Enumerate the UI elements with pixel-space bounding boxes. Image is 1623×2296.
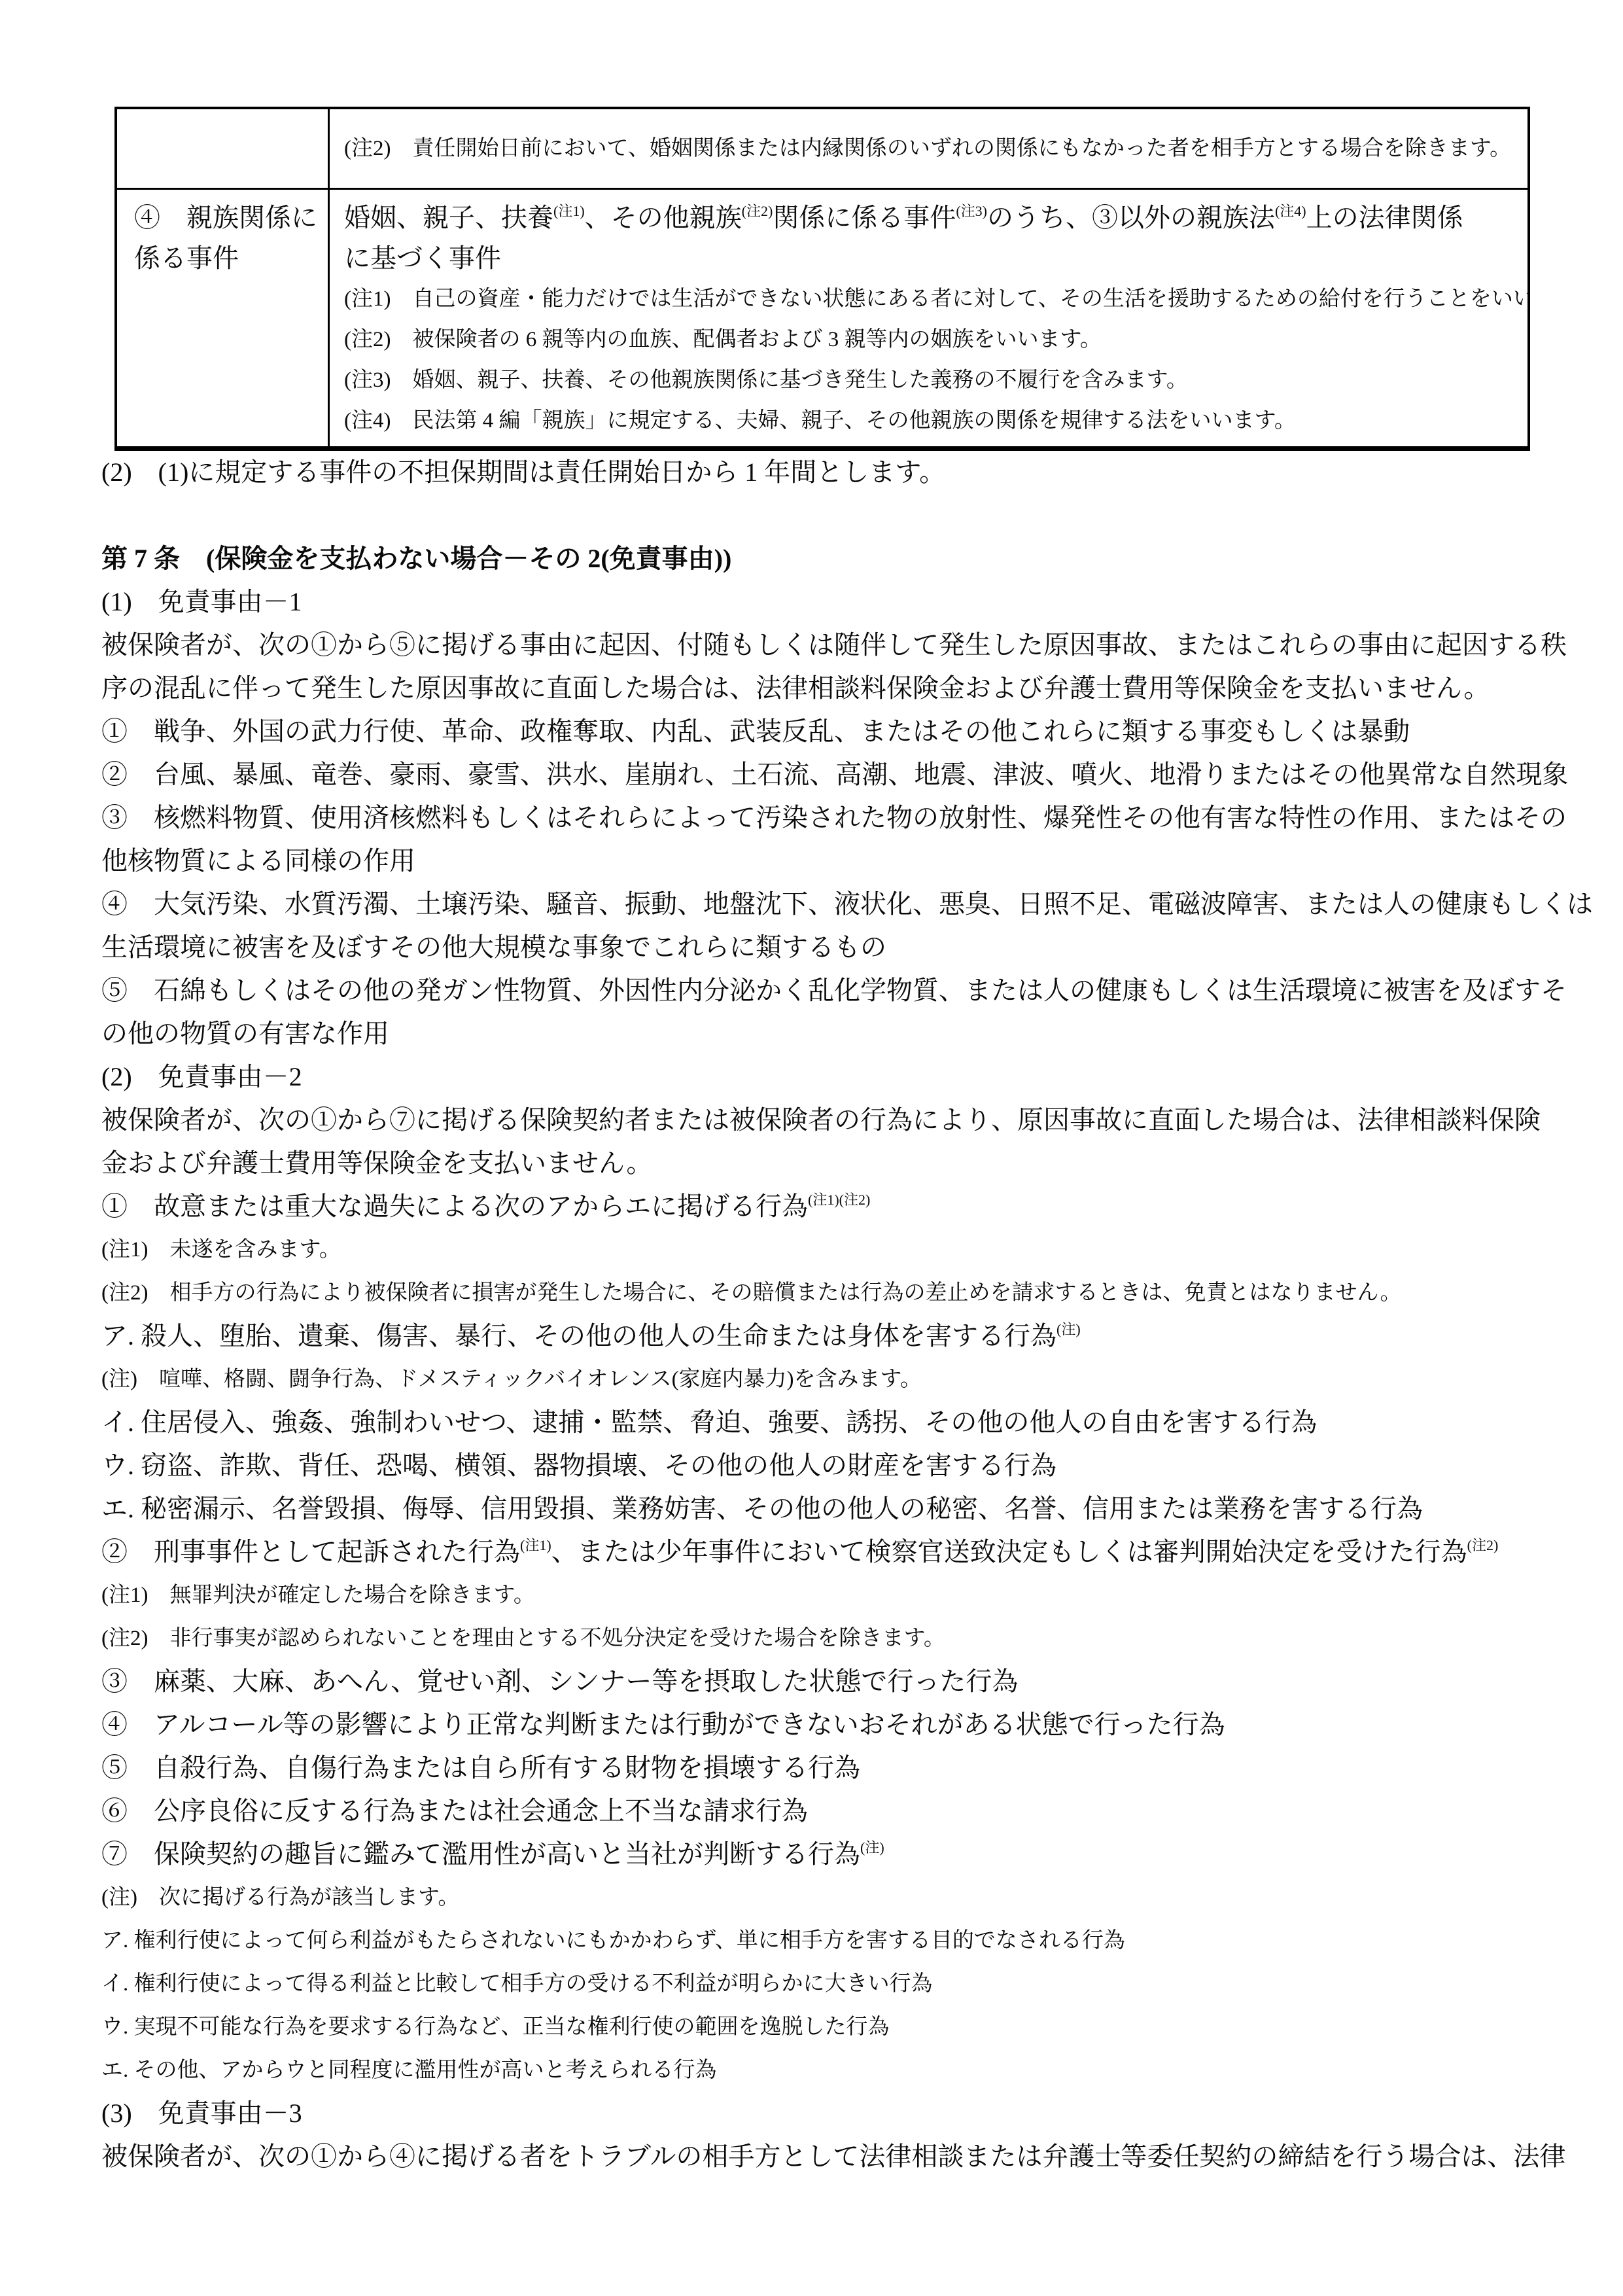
blank-line <box>101 494 1541 537</box>
article-7-text: (2) (1)に規定する事件の不担保期間は責任開始日から 1 年間とします。第 … <box>101 451 1541 2178</box>
text-segment: ① 戦争、外国の武力行使、革命、政権奪取、内乱、武装反乱、またはその他これらに類… <box>101 716 1410 746</box>
text-line: ⑥ 公序良俗に反する行為または社会通念上不当な請求行為 <box>101 1790 1541 1833</box>
note-reference-superscript: (注1) <box>520 1537 551 1553</box>
text-line: エ. その他、アからウと同程度に濫用性が高いと考えられる行為 <box>101 2049 1541 2092</box>
note-reference-superscript: (注3) <box>956 203 987 219</box>
text-segment: 、その他親族 <box>585 203 742 232</box>
text-line: (注4) 民法第 4 編「親族」に規定する、夫婦、親子、その他親族の関係を規律す… <box>344 400 1518 441</box>
text-segment: 婚姻、親子、扶養 <box>344 203 553 232</box>
text-segment: ⑥ 公序良俗に反する行為または社会通念上不当な請求行為 <box>101 1796 808 1826</box>
table-cell-event-category: ④ 親族関係に係る事件 <box>117 190 330 446</box>
text-segment: ⑤ 自殺行為、自傷行為または自ら所有する財物を損壊する行為 <box>101 1753 860 1782</box>
text-segment: 被保険者が、次の①から⑤に掲げる事由に起因、付随もしくは随伴して発生した原因事故… <box>101 630 1567 660</box>
note-reference-superscript: (注4) <box>1275 203 1306 219</box>
text-line: 婚姻、親子、扶養(注1)、その他親族(注2)関係に係る事件(注3)のうち、③以外… <box>344 198 1518 238</box>
text-line: ③ 麻薬、大麻、あへん、覚せい剤、シンナー等を摂取した状態で行った行為 <box>101 1660 1541 1703</box>
text-line: ウ. 実現不可能な行為を要求する行為など、正当な権利行使の範囲を逸脱した行為 <box>101 2005 1541 2049</box>
text-segment: 序の混乱に伴って発生した原因事故に直面した場合は、法律相談料保険金および弁護士費… <box>101 673 1490 703</box>
text-line: の他の物質の有害な作用 <box>101 1012 1541 1055</box>
text-line: ア. 権利行使によって何ら利益がもたらされないにもかかわらず、単に相手方を害する… <box>101 1919 1541 1962</box>
text-segment: (2) (1)に規定する事件の不担保期間は責任開始日から 1 年間とします。 <box>101 457 945 487</box>
text-segment: (3) 免責事由－3 <box>101 2098 302 2128</box>
text-line: 被保険者が、次の①から⑤に掲げる事由に起因、付随もしくは随伴して発生した原因事故… <box>101 624 1541 667</box>
text-segment: 生活環境に被害を及ぼすその他大規模な事象でこれらに類するもの <box>101 932 886 962</box>
text-segment: 被保険者が、次の①から⑦に掲げる保険契約者または被保険者の行為により、原因事故に… <box>101 1105 1541 1135</box>
text-line: ⑦ 保険契約の趣旨に鑑みて濫用性が高いと当社が判断する行為(注) <box>101 1833 1541 1876</box>
text-line: ② 台風、暴風、竜巻、豪雨、豪雪、洪水、崖崩れ、土石流、高潮、地震、津波、噴火、… <box>101 753 1541 796</box>
text-segment: (注2) 非行事実が認められないことを理由とする不処分決定を受けた場合を除きます… <box>101 1627 945 1650</box>
text-segment: (注1) 未遂を含みます。 <box>101 1238 341 1262</box>
text-line: (注1) 無罪判決が確定した場合を除きます。 <box>101 1574 1541 1617</box>
text-segment: ② 刑事事件として起訴された行為 <box>101 1537 520 1566</box>
text-segment: イ. 権利行使によって得る利益と比較して相手方の受ける不利益が明らかに大きい行為 <box>101 1972 933 1996</box>
note-reference-superscript: (注1) <box>553 203 585 219</box>
text-segment: ウ. 実現不可能な行為を要求する行為など、正当な権利行使の範囲を逸脱した行為 <box>101 2015 890 2039</box>
note-reference-superscript: (注2) <box>742 203 773 219</box>
text-line: 被保険者が、次の①から⑦に掲げる保険契約者または被保険者の行為により、原因事故に… <box>101 1099 1541 1142</box>
text-segment: (注2) 被保険者の 6 親等内の血族、配偶者および 3 親等内の姻族をいいます… <box>344 328 1102 351</box>
text-segment: 関係に係る事件 <box>773 203 956 232</box>
text-line: 被保険者が、次の①から④に掲げる者をトラブルの相手方として法律相談または弁護士等… <box>101 2135 1541 2178</box>
text-line: (注3) 婚姻、親子、扶養、その他親族関係に基づき発生した義務の不履行を含みます… <box>344 360 1518 400</box>
text-line: ① 故意または重大な過失による次のアからエに掲げる行為(注1)(注2) <box>101 1185 1541 1228</box>
text-line: エ. 秘密漏示、名誉毀損、侮辱、信用毀損、業務妨害、その他の他人の秘密、名誉、信… <box>101 1487 1541 1530</box>
text-line: 金および弁護士費用等保険金を支払いません。 <box>101 1142 1541 1185</box>
text-line: (注1) 自己の資産・能力だけでは生活ができない状態にある者に対して、その生活を… <box>344 279 1518 319</box>
table-row: (注2) 責任開始日前において、婚姻関係または内縁関係のいずれの関係にもなかった… <box>117 109 1527 190</box>
text-line: ウ. 窃盗、詐欺、背任、恐喝、横領、器物損壊、その他の他人の財産を害する行為 <box>101 1444 1541 1487</box>
page-content: (注2) 責任開始日前において、婚姻関係または内縁関係のいずれの関係にもなかった… <box>101 107 1541 2178</box>
text-line: (注2) 非行事実が認められないことを理由とする不処分決定を受けた場合を除きます… <box>101 1617 1541 1660</box>
table-cell-event-category <box>117 109 330 188</box>
text-segment: イ. 住居侵入、強姦、強制わいせつ、逮捕・監禁、脅迫、強要、誘拐、その他の他人の… <box>101 1407 1317 1437</box>
text-segment: (注3) 婚姻、親子、扶養、その他親族関係に基づき発生した義務の不履行を含みます… <box>344 368 1188 392</box>
text-line: (2) 免責事由－2 <box>101 1055 1541 1099</box>
text-segment: ① 故意または重大な過失による次のアからエに掲げる行為 <box>101 1192 808 1221</box>
text-line: イ. 権利行使によって得る利益と比較して相手方の受ける不利益が明らかに大きい行為 <box>101 1962 1541 2005</box>
text-segment: の他の物質の有害な作用 <box>101 1019 389 1048</box>
text-segment: 上の法律関係 <box>1306 203 1463 232</box>
text-segment: ④ 大気汚染、水質汚濁、土壌汚染、騒音、振動、地盤沈下、液状化、悪臭、日照不足、… <box>101 889 1593 919</box>
text-segment: ② 台風、暴風、竜巻、豪雨、豪雪、洪水、崖崩れ、土石流、高潮、地震、津波、噴火、… <box>101 760 1568 789</box>
text-line: 他核物質による同様の作用 <box>101 839 1541 883</box>
text-line: ⑤ 石綿もしくはその他の発ガン性物質、外因性内分泌かく乱化学物質、または人の健康… <box>101 969 1541 1012</box>
text-line: (注) 喧嘩、格闘、闘争行為、ドメスティックバイオレンス(家庭内暴力)を含みます… <box>101 1358 1541 1401</box>
note-reference-superscript: (注) <box>1056 1321 1081 1337</box>
text-segment: ウ. 窃盗、詐欺、背任、恐喝、横領、器物損壊、その他の他人の財産を害する行為 <box>101 1451 1056 1480</box>
text-segment: 係る事件 <box>134 243 239 273</box>
text-line: 生活環境に被害を及ぼすその他大規模な事象でこれらに類するもの <box>101 926 1541 969</box>
text-segment: ③ 麻薬、大麻、あへん、覚せい剤、シンナー等を摂取した状態で行った行為 <box>101 1667 1018 1696</box>
text-line: (注2) 相手方の行為により被保険者に損害が発生した場合に、その賠償または行為の… <box>101 1271 1541 1315</box>
text-line: ④ 親族関係に <box>134 198 323 238</box>
text-segment: ⑤ 石綿もしくはその他の発ガン性物質、外因性内分泌かく乱化学物質、または人の健康… <box>101 976 1567 1005</box>
text-segment: (2) 免責事由－2 <box>101 1062 302 1091</box>
text-line: (注) 次に掲げる行為が該当します。 <box>101 1876 1541 1919</box>
table-cell-event-description: (注2) 責任開始日前において、婚姻関係または内縁関係のいずれの関係にもなかった… <box>330 109 1527 188</box>
text-line: (2) (1)に規定する事件の不担保期間は責任開始日から 1 年間とします。 <box>101 451 1541 494</box>
text-segment: (注2) 責任開始日前において、婚姻関係または内縁関係のいずれの関係にもなかった… <box>344 137 1511 160</box>
text-segment: (注4) 民法第 4 編「親族」に規定する、夫婦、親子、その他親族の関係を規律す… <box>344 409 1296 433</box>
text-segment: (注1) 無罪判決が確定した場合を除きます。 <box>101 1583 535 1607</box>
text-line: ③ 核燃料物質、使用済核燃料もしくはそれらによって汚染された物の放射性、爆発性そ… <box>101 796 1541 839</box>
text-segment: (注1) 自己の資産・能力だけでは生活ができない状態にある者に対して、その生活を… <box>344 287 1527 311</box>
text-segment: 被保険者が、次の①から④に掲げる者をトラブルの相手方として法律相談または弁護士等… <box>101 2142 1565 2171</box>
text-segment: (注2) 相手方の行為により被保険者に損害が発生した場合に、その賠償または行為の… <box>101 1281 1401 1305</box>
text-segment: ④ アルコール等の影響により正常な判断または行動ができないおそれがある状態で行っ… <box>101 1710 1225 1739</box>
text-line: 第 7 条 (保険金を支払わない場合－その 2(免責事由)) <box>101 537 1541 580</box>
text-line: (注1) 未遂を含みます。 <box>101 1228 1541 1271</box>
text-segment: エ. 秘密漏示、名誉毀損、侮辱、信用毀損、業務妨害、その他の他人の秘密、名誉、信… <box>101 1494 1423 1523</box>
table-cell-event-description: 婚姻、親子、扶養(注1)、その他親族(注2)関係に係る事件(注3)のうち、③以外… <box>330 190 1527 446</box>
text-line: (注2) 責任開始日前において、婚姻関係または内縁関係のいずれの関係にもなかった… <box>344 128 1511 169</box>
text-segment: ア. 権利行使によって何ら利益がもたらされないにもかかわらず、単に相手方を害する… <box>101 1929 1125 1952</box>
text-line: ア. 殺人、堕胎、遺棄、傷害、暴行、その他の他人の生命または身体を害する行為(注… <box>101 1315 1541 1358</box>
text-line: イ. 住居侵入、強姦、強制わいせつ、逮捕・監禁、脅迫、強要、誘拐、その他の他人の… <box>101 1401 1541 1444</box>
text-line: ④ アルコール等の影響により正常な判断または行動ができないおそれがある状態で行っ… <box>101 1703 1541 1746</box>
covered-events-table: (注2) 責任開始日前において、婚姻関係または内縁関係のいずれの関係にもなかった… <box>114 107 1530 451</box>
text-line: ④ 大気汚染、水質汚濁、土壌汚染、騒音、振動、地盤沈下、液状化、悪臭、日照不足、… <box>101 883 1541 926</box>
text-line: (1) 免責事由－1 <box>101 580 1541 624</box>
note-reference-superscript: (注2) <box>1467 1537 1499 1553</box>
text-segment: 金および弁護士費用等保険金を支払いません。 <box>101 1148 652 1178</box>
text-segment: ⑦ 保険契約の趣旨に鑑みて濫用性が高いと当社が判断する行為 <box>101 1839 860 1869</box>
text-line: ⑤ 自殺行為、自傷行為または自ら所有する財物を損壊する行為 <box>101 1746 1541 1790</box>
text-segment: (注) 次に掲げる行為が該当します。 <box>101 1886 459 1909</box>
text-segment: のうち、③以外の親族法 <box>987 203 1275 232</box>
text-line: (注2) 被保険者の 6 親等内の血族、配偶者および 3 親等内の姻族をいいます… <box>344 319 1518 360</box>
text-segment: ③ 核燃料物質、使用済核燃料もしくはそれらによって汚染された物の放射性、爆発性そ… <box>101 803 1567 832</box>
note-reference-superscript: (注) <box>860 1839 884 1856</box>
text-line: 係る事件 <box>134 238 323 279</box>
text-line: に基づく事件 <box>344 238 1518 279</box>
text-segment: 他核物質による同様の作用 <box>101 846 415 875</box>
text-line: ② 刑事事件として起訴された行為(注1)、または少年事件において検察官送致決定も… <box>101 1530 1541 1574</box>
text-segment: に基づく事件 <box>344 243 501 273</box>
table-row: ④ 親族関係に係る事件婚姻、親子、扶養(注1)、その他親族(注2)関係に係る事件… <box>117 190 1527 446</box>
text-segment: 第 7 条 (保険金を支払わない場合－その 2(免責事由)) <box>101 544 731 573</box>
text-segment: エ. その他、アからウと同程度に濫用性が高いと考えられる行為 <box>101 2058 717 2082</box>
text-line: (3) 免責事由－3 <box>101 2092 1541 2135</box>
text-segment: ④ 親族関係に <box>134 203 317 232</box>
text-segment: 、または少年事件において検察官送致決定もしくは審判開始決定を受けた行為 <box>551 1537 1467 1566</box>
text-segment: ア. 殺人、堕胎、遺棄、傷害、暴行、その他の他人の生命または身体を害する行為 <box>101 1321 1056 1351</box>
document-page: (注2) 責任開始日前において、婚姻関係または内縁関係のいずれの関係にもなかった… <box>0 0 1623 2296</box>
text-segment: (1) 免責事由－1 <box>101 587 302 616</box>
text-segment: (注) 喧嘩、格闘、闘争行為、ドメスティックバイオレンス(家庭内暴力)を含みます… <box>101 1368 922 1391</box>
text-line: 序の混乱に伴って発生した原因事故に直面した場合は、法律相談料保険金および弁護士費… <box>101 667 1541 710</box>
text-line: ① 戦争、外国の武力行使、革命、政権奪取、内乱、武装反乱、またはその他これらに類… <box>101 710 1541 753</box>
note-reference-superscript: (注1)(注2) <box>808 1192 870 1208</box>
